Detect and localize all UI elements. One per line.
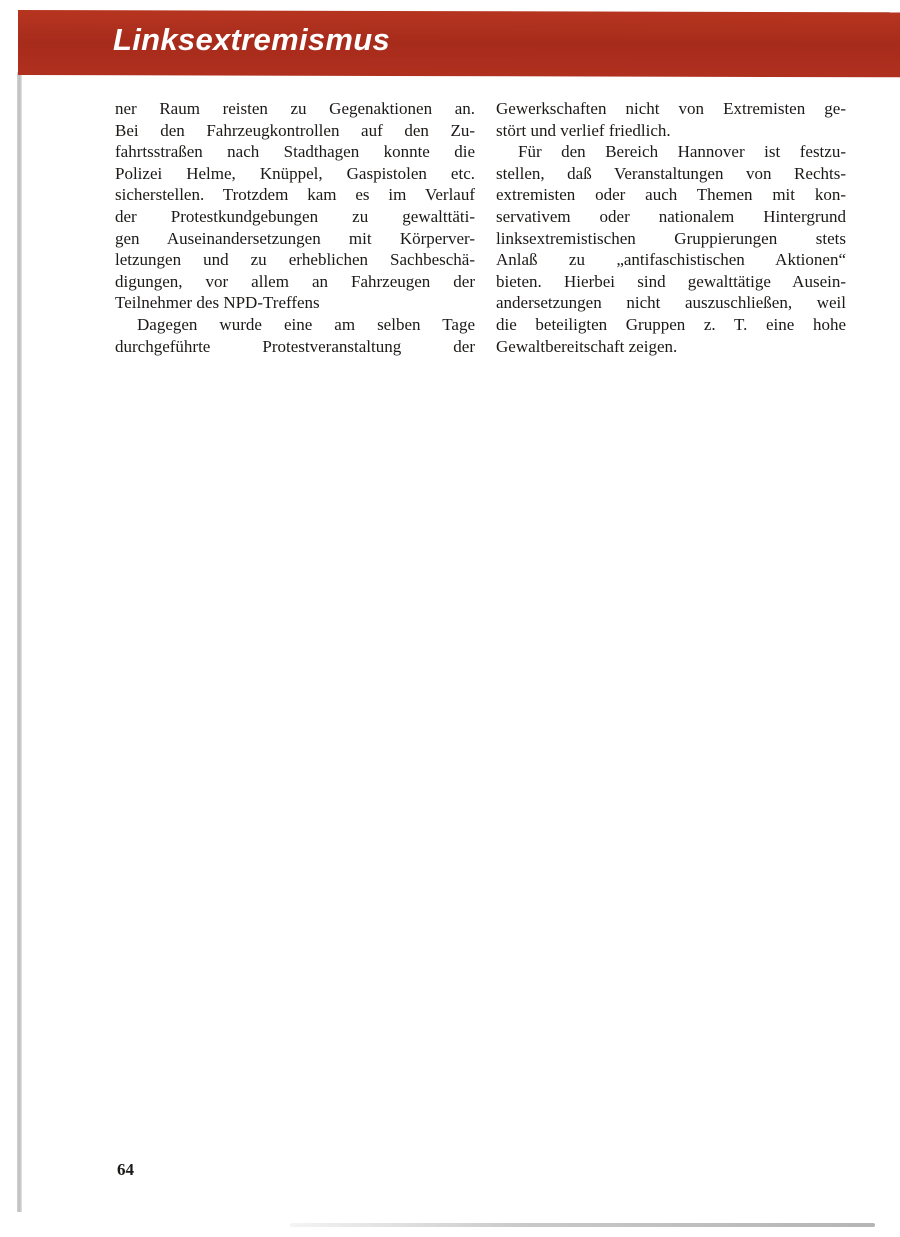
text-line: extremisten oder auch Themen mit kon- [496,184,846,206]
text-line: Anlaß zu „antifaschistischen Aktionen“ [496,249,846,271]
text-line: stellen, daß Veranstaltungen von Rechts- [496,163,846,185]
text-line: ner Raum reisten zu Gegenaktionen an. [115,98,475,120]
text-line: servativem oder nationalem Hintergrund [496,206,846,228]
text-line: der Protestkundgebungen zu gewalttäti- [115,206,475,228]
text-line: sicherstellen. Trotzdem kam es im Verlau… [115,184,475,206]
text-column-left: ner Raum reisten zu Gegenaktionen an. Be… [115,98,475,357]
text-line: bieten. Hierbei sind gewalttätige Ausein… [496,271,846,293]
text-line: linksextremistischen Gruppierungen stets [496,228,846,250]
text-line: gen Auseinandersetzungen mit Körperver- [115,228,475,250]
text-line: fahrtsstraßen nach Stadthagen konnte die [115,141,475,163]
text-line: Dagegen wurde eine am selben Tage [115,314,475,336]
text-line: Gewaltbereitschaft zeigen. [496,336,846,358]
text-line: durchgeführte Protestveranstaltung der [115,336,475,358]
text-line: Gewerkschaften nicht von Extremisten ge- [496,98,846,120]
text-line: digungen, vor allem an Fahrzeugen der [115,271,475,293]
text-line: letzungen und zu erheblichen Sachbeschä- [115,249,475,271]
text-line: Bei den Fahrzeugkontrollen auf den Zu- [115,120,475,142]
page-number: 64 [117,1160,134,1180]
text-line: andersetzungen nicht auszuschließen, wei… [496,292,846,314]
text-line: stört und verlief friedlich. [496,120,846,142]
text-line: Für den Bereich Hannover ist festzu- [496,141,846,163]
text-line: Polizei Helme, Knüppel, Gaspistolen etc. [115,163,475,185]
text-line: die beteiligten Gruppen z. T. eine hohe [496,314,846,336]
text-line: Teilnehmer des NPD-Treffens [115,292,475,314]
text-column-right: Gewerkschaften nicht von Extremisten ge-… [496,98,846,357]
page-bottom-shadow [290,1223,875,1227]
page-edge-shadow [17,72,22,1212]
section-title: Linksextremismus [113,24,390,55]
